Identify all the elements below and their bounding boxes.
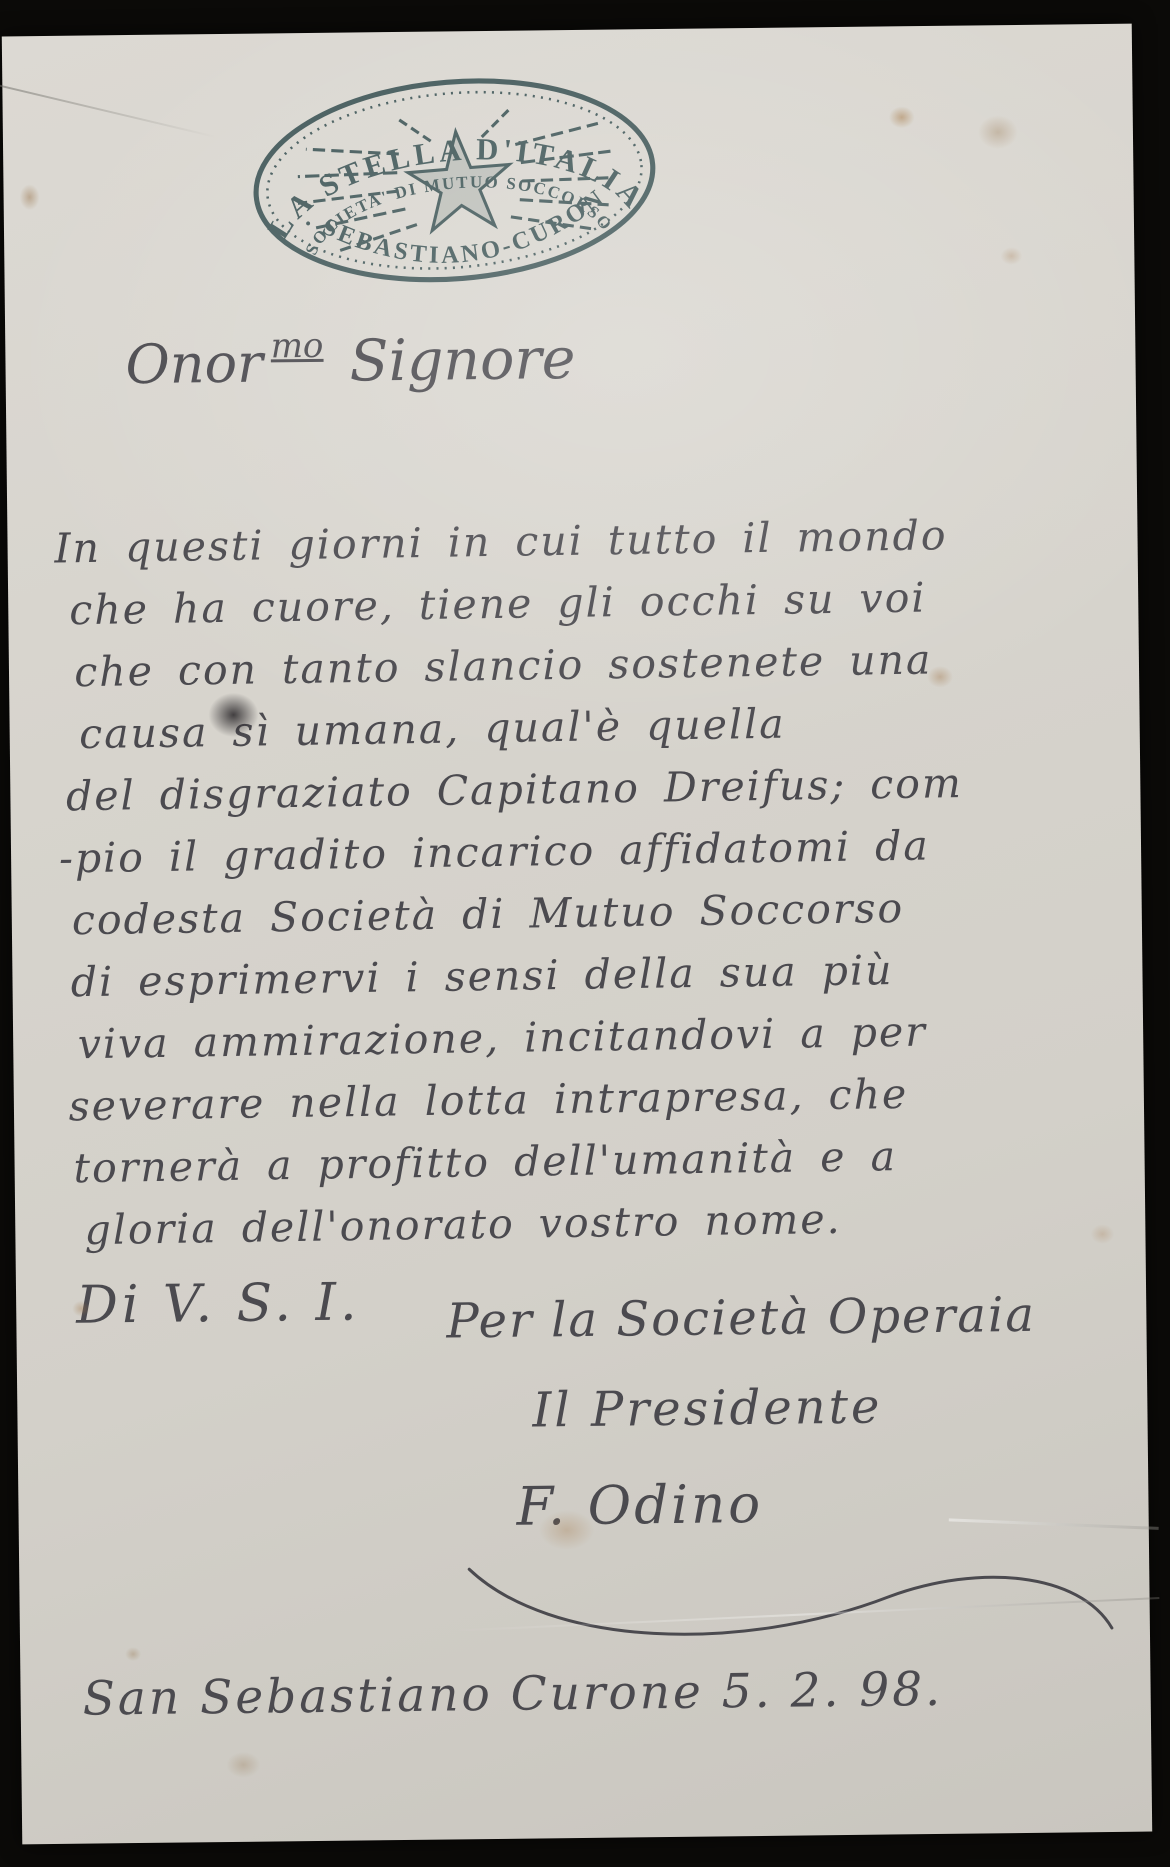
closing-abbreviation: Di V. S. I. xyxy=(76,1272,361,1335)
signature: F. Odino xyxy=(516,1474,763,1538)
foxing-spot xyxy=(889,106,915,128)
foxing-spot xyxy=(125,1647,141,1661)
salutation-superscript: mo xyxy=(270,326,323,367)
foxing-spot xyxy=(19,184,39,210)
closing-society-line: Per la Società Operaia xyxy=(446,1287,1036,1350)
salutation-rest: Signore xyxy=(349,326,576,395)
closing-president-line: Il Presidente xyxy=(532,1379,883,1439)
foxing-spot xyxy=(1000,247,1022,265)
salutation: OnormoSignore xyxy=(125,326,576,397)
salutation-prefix: Onor xyxy=(125,332,263,397)
foxing-spot xyxy=(226,1752,260,1778)
paper-crease xyxy=(0,83,216,138)
letter-body: In questi giorni in cui tutto il mondo c… xyxy=(54,504,970,1261)
dateline: San Sebastiano Curone 5. 2. 98. xyxy=(82,1662,943,1727)
society-stamp: LA STELLA D'ITALIA SOCIETA' DI MUTUO SOC… xyxy=(241,53,668,308)
photo-of-letter: { "photo": { "background_color": "#0b0a0… xyxy=(0,0,1170,1867)
signature-flourish-icon xyxy=(439,1532,1130,1670)
paper-crease xyxy=(949,1518,1159,1530)
foxing-spot xyxy=(1090,1224,1114,1244)
foxing-spot xyxy=(978,115,1018,149)
letter-paper: LA STELLA D'ITALIA SOCIETA' DI MUTUO SOC… xyxy=(2,24,1152,1845)
body-line: gloria dell'onorato vostro nome. xyxy=(64,1186,970,1261)
